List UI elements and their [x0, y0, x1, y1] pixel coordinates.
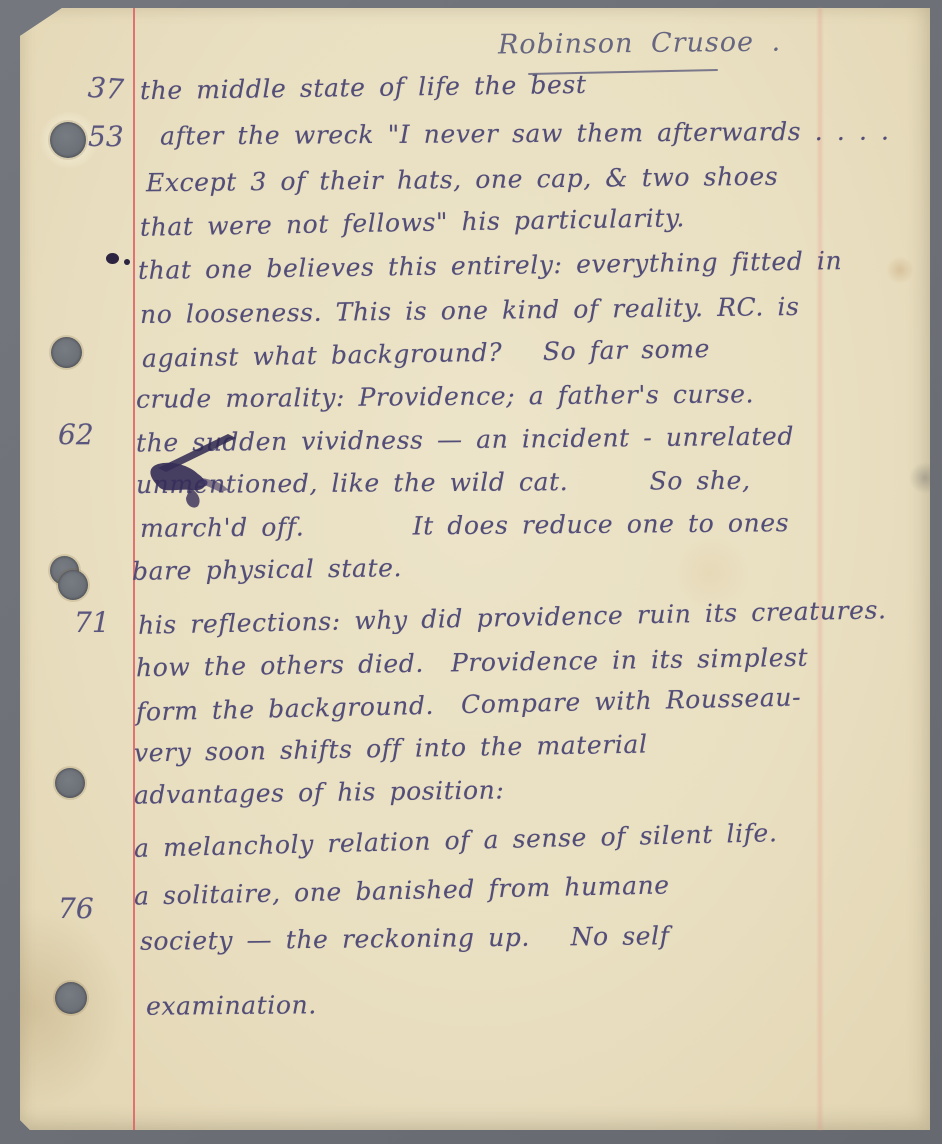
manuscript-line: advantages of his position: — [134, 776, 505, 809]
manuscript-line: bare physical state. — [132, 554, 402, 585]
margin-number: 53 — [88, 120, 124, 153]
manuscript-line: examination. — [146, 991, 317, 1020]
margin-number: 62 — [58, 418, 94, 451]
margin-number: 76 — [58, 892, 94, 925]
manuscript-line: after the wreck "I never saw them afterw… — [160, 117, 890, 150]
ink-dot — [124, 259, 130, 265]
punch-hole — [50, 122, 86, 158]
page-title: Robinson Crusoe . — [498, 27, 781, 61]
manuscript-line: society — the reckoning up. No self — [140, 922, 670, 955]
punch-hole — [55, 768, 85, 798]
ink-dot — [106, 253, 119, 264]
ink-blot — [128, 420, 278, 520]
punch-hole — [58, 570, 88, 600]
manuscript-line: the middle state of life the best — [140, 71, 587, 105]
ghost-rule-line — [818, 8, 822, 1130]
punch-hole — [55, 982, 87, 1014]
margin-number: 71 — [74, 606, 110, 639]
margin-number: 37 — [87, 71, 125, 106]
manuscript-line: crude morality: Providence; a father's c… — [136, 380, 754, 413]
punch-hole — [51, 337, 82, 368]
